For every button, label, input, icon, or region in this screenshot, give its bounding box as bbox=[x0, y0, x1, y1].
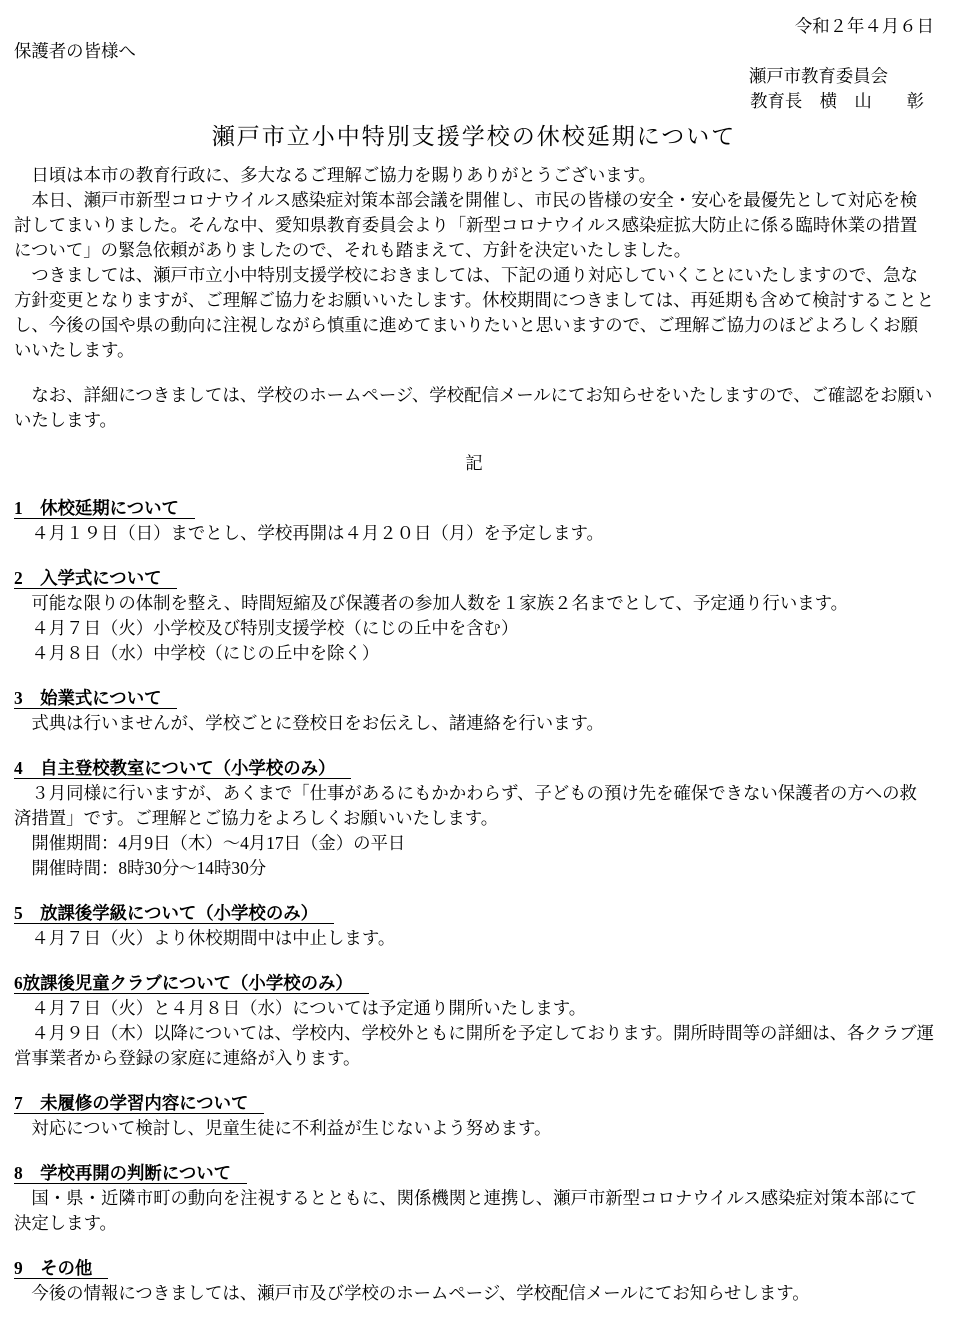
section-line: ３月同様に行いますが、あくまで「仕事があるにもかかわらず、子どもの預け先を確保で… bbox=[14, 781, 934, 831]
intro-block: 日頃は本市の教育行政に、多大なるご理解ご協力を賜りありがとうございます。 本日、… bbox=[14, 163, 934, 433]
section-line: 可能な限りの体制を整え、時間短縮及び保護者の参加人数を１家族２名までとして、予定… bbox=[14, 591, 934, 616]
section-heading: 2 入学式について bbox=[14, 566, 934, 591]
document-page: 令和２年４月６日 保護者の皆様へ 瀬戸市教育委員会 教育長 横 山 彰 瀬戸市立… bbox=[0, 0, 953, 1322]
section-line: ４月７日（火）より休校期間中は中止します。 bbox=[14, 926, 934, 951]
intro-paragraph: つきましては、瀬戸市立小中特別支援学校におきましては、下記の通り対応していくこと… bbox=[14, 263, 934, 363]
ki-marker: 記 bbox=[14, 451, 934, 476]
signer-name: 教育長 横 山 彰 bbox=[14, 89, 934, 114]
section-heading: 6放課後児童クラブについて（小学校のみ） bbox=[14, 971, 934, 996]
section-line: 国・県・近隣市町の動向を注視するとともに、関係機関と連携し、瀬戸市新型コロナウイ… bbox=[14, 1186, 934, 1236]
section-6: 6放課後児童クラブについて（小学校のみ） ４月７日（火）と４月８日（水）について… bbox=[14, 971, 934, 1071]
section-heading: 5 放課後学級について（小学校のみ） bbox=[14, 901, 934, 926]
section-1: 1 休校延期について ４月１９日（日）までとし、学校再開は４月２０日（月）を予定… bbox=[14, 496, 934, 546]
section-line: ４月７日（火）小学校及び特別支援学校（にじの丘中を含む） bbox=[14, 616, 934, 641]
section-line: ４月８日（水）中学校（にじの丘中を除く） bbox=[14, 641, 934, 666]
section-heading: 8 学校再開の判断について bbox=[14, 1161, 934, 1186]
section-line: ４月７日（火）と４月８日（水）については予定通り開所いたします。 bbox=[14, 996, 934, 1021]
section-line: 式典は行いませんが、学校ごとに登校日をお伝えし、諸連絡を行います。 bbox=[14, 711, 934, 736]
section-8: 8 学校再開の判断について 国・県・近隣市町の動向を注視するとともに、関係機関と… bbox=[14, 1161, 934, 1236]
salutation: 保護者の皆様へ bbox=[14, 39, 934, 64]
section-heading: 4 自主登校教室について（小学校のみ） bbox=[14, 756, 934, 781]
section-line: ４月９日（木）以降については、学校内、学校外ともに開所を予定しております。開所時… bbox=[14, 1021, 934, 1071]
section-heading: 3 始業式について bbox=[14, 686, 934, 711]
section-4: 4 自主登校教室について（小学校のみ） ３月同様に行いますが、あくまで「仕事があ… bbox=[14, 756, 934, 881]
document-title: 瀬戸市立小中特別支援学校の休校延期について bbox=[14, 120, 934, 153]
document-date: 令和２年４月６日 bbox=[14, 14, 934, 39]
section-line: ４月１９日（日）までとし、学校再開は４月２０日（月）を予定します。 bbox=[14, 521, 934, 546]
section-3: 3 始業式について 式典は行いませんが、学校ごとに登校日をお伝えし、諸連絡を行い… bbox=[14, 686, 934, 736]
section-heading: 9 その他 bbox=[14, 1256, 934, 1281]
section-5: 5 放課後学級について（小学校のみ） ４月７日（火）より休校期間中は中止します。 bbox=[14, 901, 934, 951]
section-line: 対応について検討し、児童生徒に不利益が生じないよう努めます。 bbox=[14, 1116, 934, 1141]
section-9: 9 その他 今後の情報につきましては、瀬戸市及び学校のホームページ、学校配信メー… bbox=[14, 1256, 934, 1306]
section-line: 開催時間：8時30分～14時30分 bbox=[14, 856, 934, 881]
organization-name: 瀬戸市教育委員会 bbox=[14, 64, 934, 89]
intro-paragraph: 本日、瀬戸市新型コロナウイルス感染症対策本部会議を開催し、市民の皆様の安全・安心… bbox=[14, 188, 934, 263]
section-2: 2 入学式について 可能な限りの体制を整え、時間短縮及び保護者の参加人数を１家族… bbox=[14, 566, 934, 666]
section-7: 7 未履修の学習内容について 対応について検討し、児童生徒に不利益が生じないよう… bbox=[14, 1091, 934, 1141]
section-line: 開催期間：4月9日（木）～4月17日（金）の平日 bbox=[14, 831, 934, 856]
section-line: 今後の情報につきましては、瀬戸市及び学校のホームページ、学校配信メールにてお知ら… bbox=[14, 1281, 934, 1306]
section-heading: 7 未履修の学習内容について bbox=[14, 1091, 934, 1116]
intro-paragraph: なお、詳細につきましては、学校のホームページ、学校配信メールにてお知らせをいたし… bbox=[14, 383, 934, 433]
section-heading: 1 休校延期について bbox=[14, 496, 934, 521]
intro-paragraph: 日頃は本市の教育行政に、多大なるご理解ご協力を賜りありがとうございます。 bbox=[14, 163, 934, 188]
